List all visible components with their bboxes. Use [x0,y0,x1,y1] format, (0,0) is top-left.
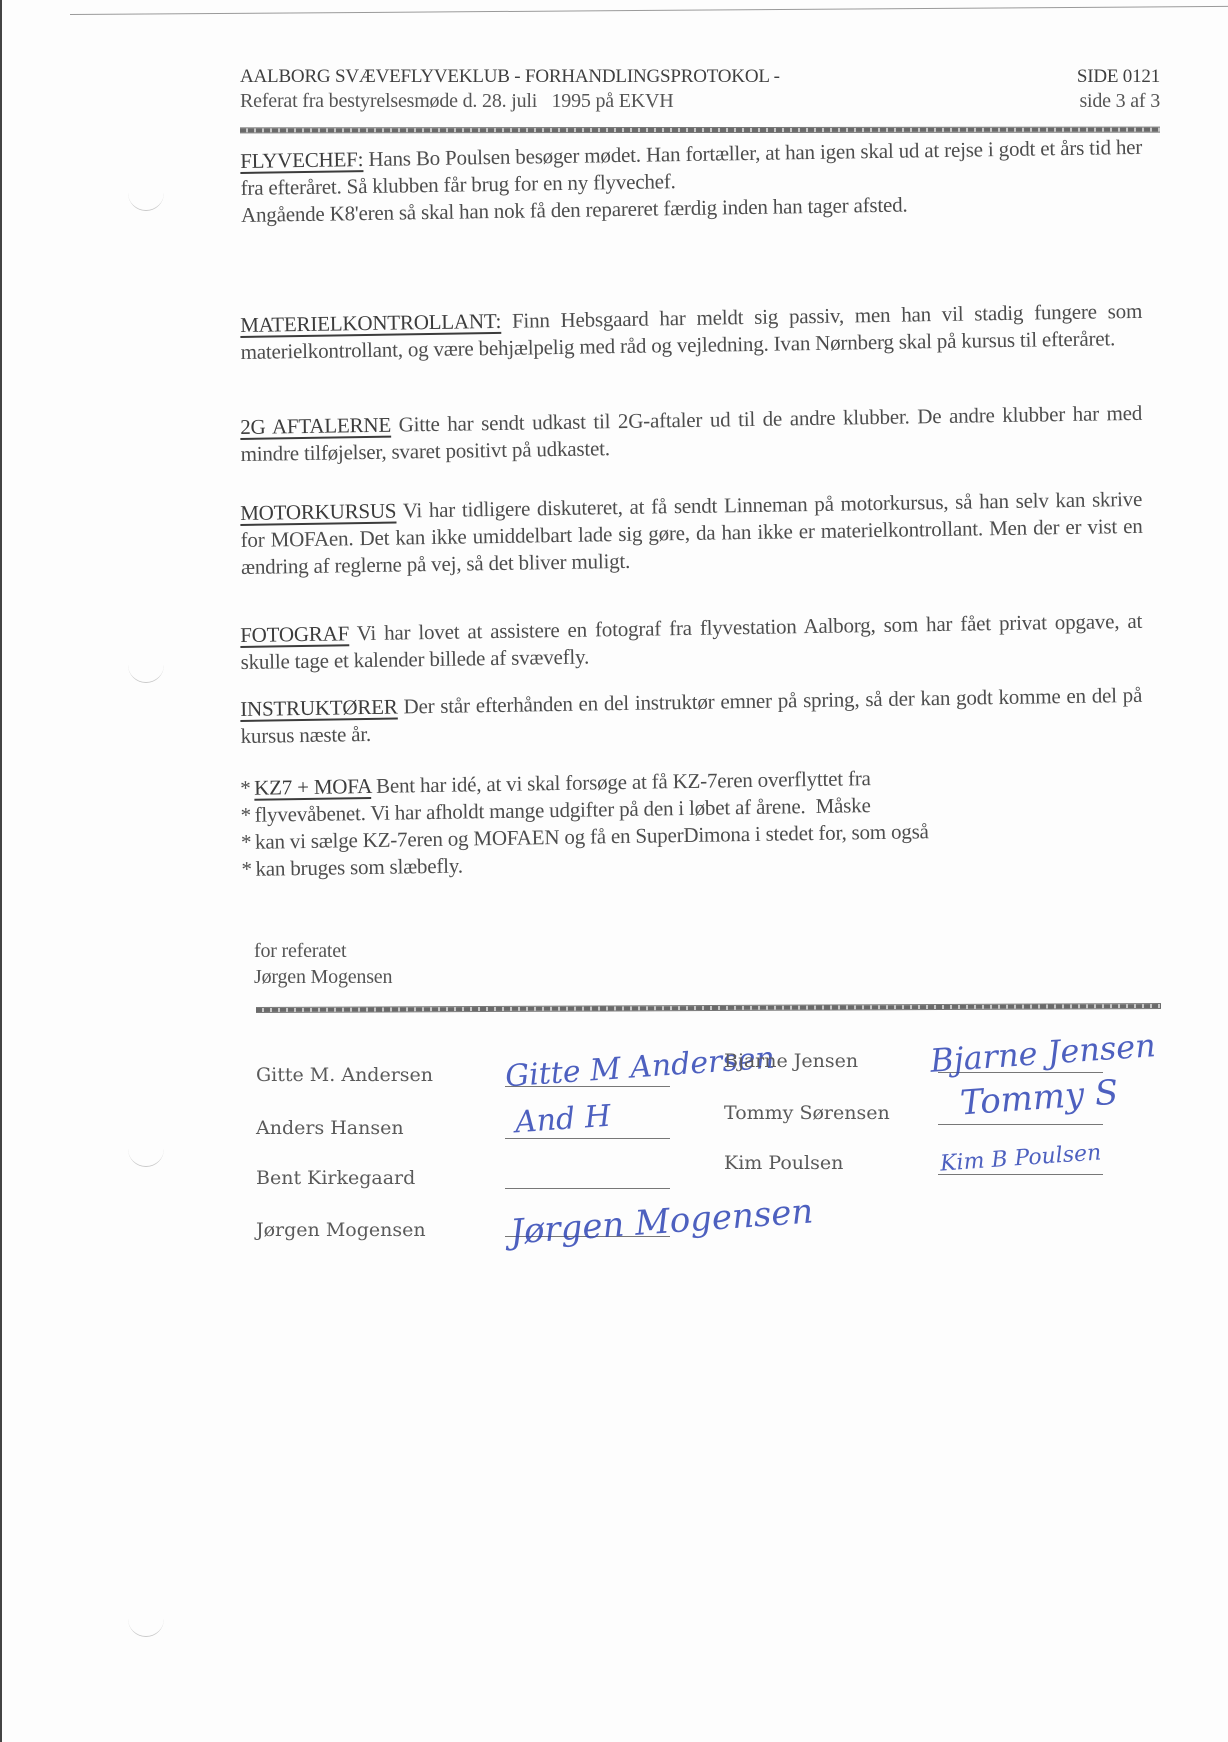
signer-name: Kim Poulsen [724,1152,843,1174]
signature: Jørgen Mogensen [509,1191,815,1252]
bullet-asterisk: * [240,775,254,802]
section-label: 2G AFTALERNE [240,413,391,439]
signature-line [938,1124,1103,1125]
section-label: KZ7 + MOFA [254,774,371,800]
section-2g-aftalerne: 2G AFTALERNE Gitte har sendt udkast til … [240,400,1143,468]
document-header: AALBORG SVÆVEFLYVEKLUB - FORHANDLINGSPRO… [240,66,1160,113]
signature-divider [256,1003,1161,1013]
signer-name: Anders Hansen [256,1117,404,1139]
page-number-block: SIDE 0121 side 3 af 3 [1077,66,1160,113]
signer-name: Gitte M. Andersen [256,1064,433,1086]
signer-name: Jørgen Mogensen [256,1219,426,1241]
punch-hole-mark [128,664,164,683]
closing-author: Jørgen Mogensen [254,964,392,990]
scan-left-edge [0,0,2,1742]
header-subtitle: Referat fra bestyrelsesmøde d. 28. juli … [240,90,1160,113]
section-fotograf: FOTOGRAF Vi har lovet at assistere en fo… [240,608,1143,676]
punch-hole-mark [128,192,164,211]
section-text: Vi har lovet at assistere en fotograf fr… [240,609,1142,674]
bullet-asterisk: * [241,829,255,856]
closing-line: for referatet [254,938,392,964]
signature: Tommy S [959,1073,1120,1124]
section-text: kan bruges som slæbefly. [255,854,463,881]
section-instruktoerer: INSTRUKTØRER Der står efterhånden en del… [240,682,1143,750]
section-motorkursus: MOTORKURSUS Vi har tidligere diskuteret,… [240,486,1143,581]
section-kz7-mofa: *KZ7 + MOFA Bent har idé, at vi skal for… [240,761,1144,883]
signer-name: Tommy Sørensen [724,1102,890,1124]
signature-line [505,1188,670,1189]
section-label: INSTRUKTØRER [240,695,398,721]
paper-top-edge [70,6,1228,15]
section-label: FLYVECHEF: [240,147,363,173]
page-code: SIDE 0121 [1077,66,1160,88]
punch-hole-mark [128,1148,164,1167]
section-flyvechef: FLYVECHEF: Hans Bo Poulsen besøger mødet… [240,134,1143,229]
closing-block: for referatet Jørgen Mogensen [254,938,392,990]
bullet-asterisk: * [241,856,255,883]
bullet-asterisk: * [240,802,254,829]
section-materielkontrollant: MATERIELKONTROLLANT: Finn Hebsgaard har … [240,298,1143,366]
section-label: MOTORKURSUS [240,499,396,525]
section-label: MATERIELKONTROLLANT: [240,309,501,337]
signature: Kim B Poulsen [939,1140,1102,1176]
punch-hole-mark [128,1618,164,1637]
signer-name: Bent Kirkegaard [256,1167,415,1189]
signature: And H [514,1099,612,1141]
page-of: side 3 af 3 [1077,90,1160,113]
signer-name: Bjarne Jensen [724,1050,858,1072]
header-divider [240,127,1160,134]
section-label: FOTOGRAF [240,621,349,647]
signature: Bjarne Jensen [929,1026,1157,1080]
header-title: AALBORG SVÆVEFLYVEKLUB - FORHANDLINGSPRO… [240,66,1160,88]
